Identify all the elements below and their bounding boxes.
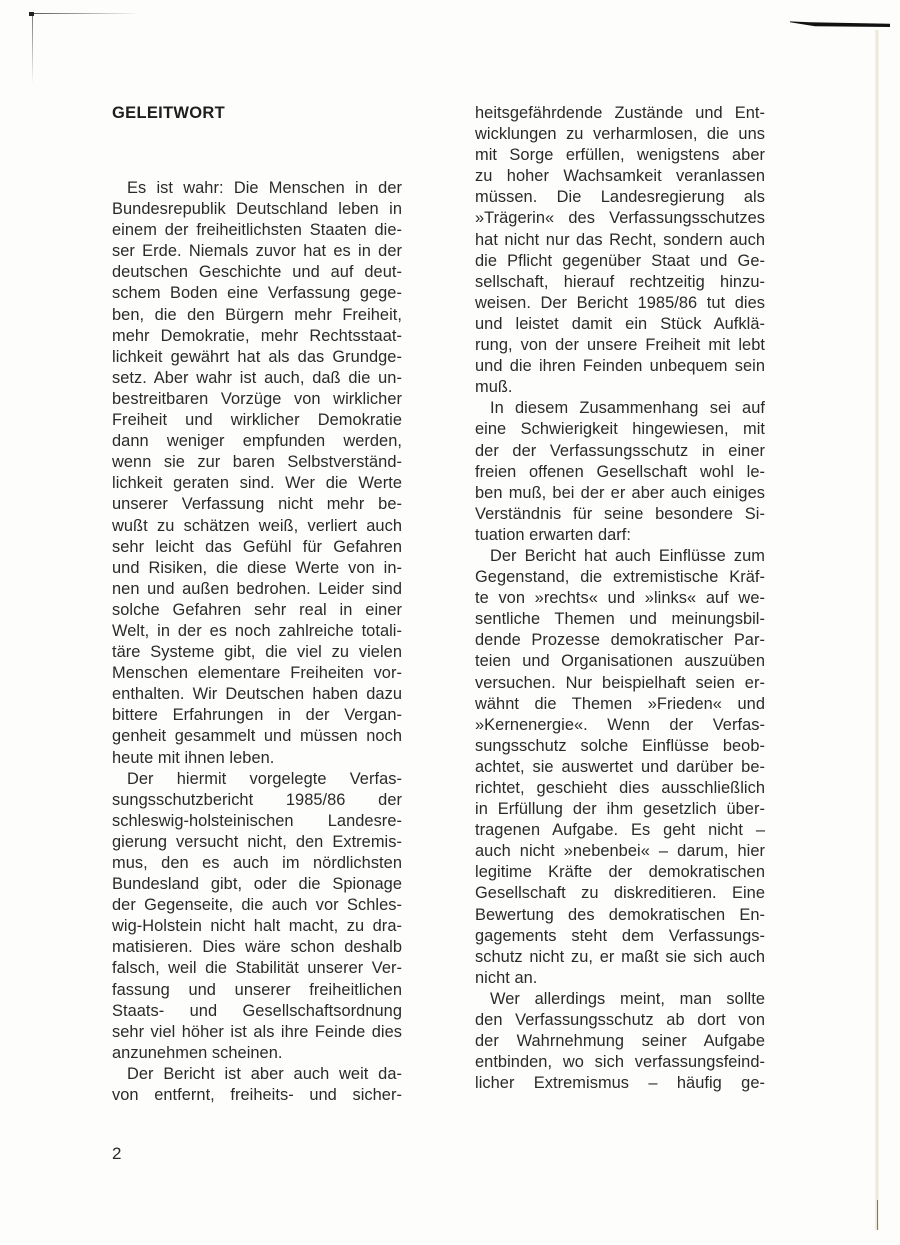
text-line: Bundesland gibt, oder die Spionage: [112, 874, 402, 895]
text-line: den Verfassungsschutz ab dort von: [475, 1010, 765, 1031]
text-line: sehr leicht das Gefühl für Gefahren: [112, 537, 402, 558]
text-line: hat nicht nur das Recht, sondern auch: [475, 230, 765, 251]
text-line: und Risiken, die diese Werte von in-: [112, 558, 402, 579]
text-line: teien und Organisationen auszuüben: [475, 651, 765, 672]
text-line: »Kernenergie«. Wenn der Verfas-: [475, 715, 765, 736]
text-line: versuchen. Nur beispielhaft seien er-: [475, 673, 765, 694]
text-line: Verständnis für seine besondere Si-: [475, 504, 765, 525]
text-line: nicht an.: [475, 968, 765, 989]
text-line: schleswig-holsteinischen Landesre-: [112, 811, 402, 832]
text-line: unserer Verfassung nicht mehr be-: [112, 494, 402, 515]
page-number: 2: [112, 1144, 121, 1164]
text-line: Welt, in der es noch zahlreiche totali-: [112, 621, 402, 642]
text-line: gagements steht dem Verfassungs-: [475, 926, 765, 947]
scan-crop-mark-left: [32, 14, 33, 84]
text-line: Menschen elementare Freiheiten vor-: [112, 663, 402, 684]
text-line: Bundesrepublik Deutschland leben in: [112, 199, 402, 220]
text-line: Der hiermit vorgelegte Verfas-: [112, 769, 402, 790]
text-line: auch nicht »nebenbei« – darum, hier: [475, 841, 765, 862]
text-line: bittere Erfahrungen in der Vergan-: [112, 705, 402, 726]
text-line: wußt zu schätzen weiß, verliert auch: [112, 516, 402, 537]
text-line: genheit gesammelt und müssen noch: [112, 726, 402, 747]
text-line: sungsschutzbericht 1985/86 der: [112, 790, 402, 811]
text-line: freien offenen Gesellschaft wohl le-: [475, 462, 765, 483]
text-line: ben, die den Bürgern mehr Freiheit,: [112, 305, 402, 326]
text-line: sehr viel höher ist als ihre Feinde dies: [112, 1022, 402, 1043]
text-line: sentliche Themen und meinungsbil-: [475, 609, 765, 630]
scan-crop-mark-corner: [29, 12, 34, 16]
page-heading: GELEITWORT: [112, 103, 402, 124]
text-line: heitsgefährdende Zustände und Ent-: [475, 103, 765, 124]
text-line: Bewertung des demokratischen En-: [475, 905, 765, 926]
text-line: muß.: [475, 377, 765, 398]
text-line: rung, von der unsere Freiheit mit lebt: [475, 335, 765, 356]
text-line: Wer allerdings meint, man sollte: [475, 989, 765, 1010]
text-line: tuation erwarten darf:: [475, 525, 765, 546]
text-line: und leistet damit ein Stück Aufklä-: [475, 314, 765, 335]
page-edge-mark: [877, 1200, 878, 1230]
text-line: Freiheit und wirklicher Demokratie: [112, 410, 402, 431]
text-line: einem der freiheitlichsten Staaten die-: [112, 220, 402, 241]
text-line: Der Bericht ist aber auch weit da-: [112, 1064, 402, 1085]
text-line: weisen. Der Bericht 1985/86 tut dies: [475, 293, 765, 314]
text-line: sellschaft, hierauf rechtzeitig hinzu-: [475, 272, 765, 293]
text-line: »Trägerin« des Verfassungsschutzes: [475, 208, 765, 229]
left-column: GELEITWORT Es ist wahr: Die Menschen in …: [112, 103, 402, 1106]
text-line: mehr Demokratie, mehr Rechtsstaat-: [112, 326, 402, 347]
text-line: matisieren. Dies wäre schon deshalb: [112, 937, 402, 958]
text-line: der Gegenseite, die auch vor Schles-: [112, 895, 402, 916]
right-column: heitsgefährdende Zustände und Ent-wicklu…: [475, 103, 765, 1094]
text-line: sungsschutz solche Einflüsse beob-: [475, 736, 765, 757]
text-line: wähnt die Themen »Frieden« und: [475, 694, 765, 715]
text-line: lichkeit geraten sind. Wer die Werte: [112, 473, 402, 494]
text-line: wenn sie zur baren Selbstverständ-: [112, 452, 402, 473]
text-line: lichkeit gewährt hat als das Grundge-: [112, 347, 402, 368]
scan-crop-mark-top: [30, 13, 140, 14]
text-line: von entfernt, freiheits- und sicher-: [112, 1085, 402, 1106]
left-column-text: Es ist wahr: Die Menschen in derBundesre…: [112, 178, 402, 1106]
text-line: anzunehmen scheinen.: [112, 1043, 402, 1064]
text-line: richtet, geschieht dies ausschließlich: [475, 778, 765, 799]
text-line: bestreitbaren Vorzüge von wirklicher: [112, 389, 402, 410]
text-line: entbinden, wo sich verfassungsfeind-: [475, 1052, 765, 1073]
text-line: heute mit ihnen leben.: [112, 748, 402, 769]
text-line: eine Schwierigkeit hingewiesen, mit: [475, 419, 765, 440]
text-line: dende Prozesse demokratischer Par-: [475, 630, 765, 651]
text-line: schutz nicht zu, er maßt sie sich auch: [475, 947, 765, 968]
text-line: enthalten. Wir Deutschen haben dazu: [112, 684, 402, 705]
text-line: mus, den es auch im nördlichsten: [112, 853, 402, 874]
text-line: der der Verfassungsschutz in einer: [475, 441, 765, 462]
text-line: te von »rechts« und »links« auf we-: [475, 588, 765, 609]
text-line: in Erfüllung der ihm gesetzlich über-: [475, 799, 765, 820]
text-line: ben muß, bei der er aber auch einiges: [475, 483, 765, 504]
text-line: deutschen Geschichte und auf deut-: [112, 262, 402, 283]
text-line: licher Extremismus – häufig ge-: [475, 1073, 765, 1094]
text-line: der Wahrnehmung seiner Aufgabe: [475, 1031, 765, 1052]
text-line: die Pflicht gegenüber Staat und Ge-: [475, 251, 765, 272]
text-line: müssen. Die Landesregierung als: [475, 187, 765, 208]
text-line: In diesem Zusammenhang sei auf: [475, 398, 765, 419]
text-line: achtet, sie auswertet und darüber be-: [475, 757, 765, 778]
text-line: solche Gefahren sehr real in einer: [112, 600, 402, 621]
page-edge-strip: [875, 30, 879, 1230]
text-line: wig-Holstein nicht halt macht, zu dra-: [112, 916, 402, 937]
text-line: wicklungen zu verharmlosen, die uns: [475, 124, 765, 145]
text-line: nen und außen bedrohen. Leider sind: [112, 579, 402, 600]
text-line: ser Erde. Niemals zuvor hat es in der: [112, 241, 402, 262]
scan-edge-shadow: [790, 19, 890, 27]
text-line: legitime Kräfte der demokratischen: [475, 862, 765, 883]
text-line: schem Boden eine Verfassung gege-: [112, 283, 402, 304]
text-line: mit Sorge erfüllen, wenigstens aber: [475, 145, 765, 166]
text-line: setz. Aber wahr ist auch, daß die un-: [112, 368, 402, 389]
text-line: gierung versucht nicht, den Extremis-: [112, 832, 402, 853]
text-line: tragenen Aufgabe. Es geht nicht –: [475, 820, 765, 841]
text-line: Staats- und Gesellschaftsordnung: [112, 1001, 402, 1022]
text-line: fassung und unserer freiheitlichen: [112, 980, 402, 1001]
text-line: Gegenstand, die extremistische Kräf-: [475, 567, 765, 588]
text-line: falsch, weil die Stabilität unserer Ver-: [112, 958, 402, 979]
text-line: und die ihren Feinden unbequem sein: [475, 356, 765, 377]
text-line: täre Systeme gibt, die viel zu vielen: [112, 642, 402, 663]
text-line: zu hoher Wachsamkeit veranlassen: [475, 166, 765, 187]
text-line: Gesellschaft zu diskreditieren. Eine: [475, 883, 765, 904]
text-line: dann weniger empfunden werden,: [112, 431, 402, 452]
right-column-text: heitsgefährdende Zustände und Ent-wicklu…: [475, 103, 765, 1094]
text-line: Es ist wahr: Die Menschen in der: [112, 178, 402, 199]
text-line: Der Bericht hat auch Einflüsse zum: [475, 546, 765, 567]
